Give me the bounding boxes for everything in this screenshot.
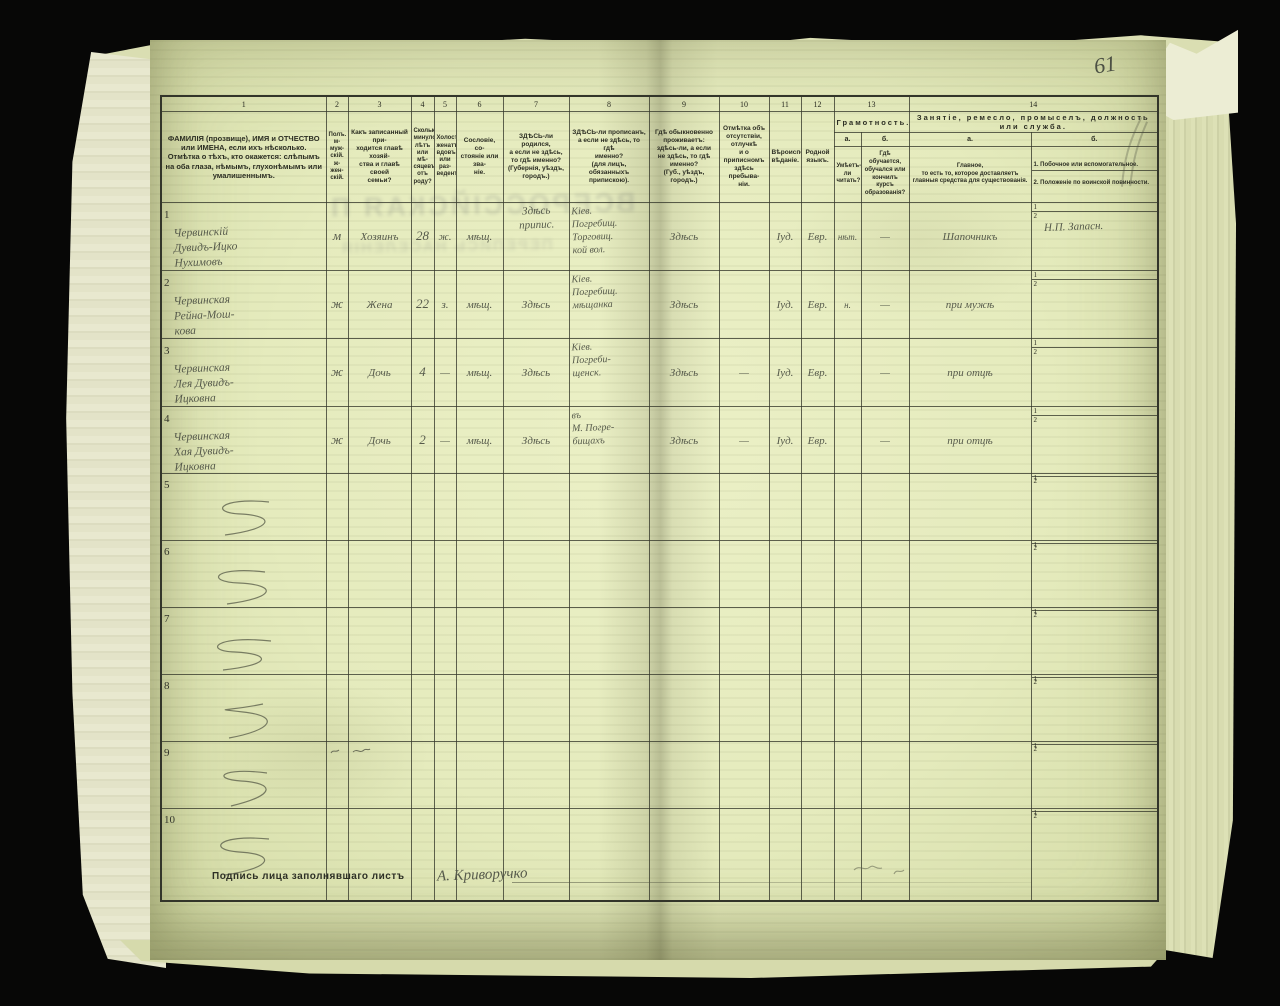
cell-empty <box>326 809 348 901</box>
table-row: 10 1 2 <box>161 809 1158 901</box>
header-literacy-reads: Умѣетъ- ли читать? <box>834 147 861 203</box>
cell-absence: — <box>719 338 769 406</box>
cell-empty <box>769 742 801 809</box>
cell-religion: Іуд. <box>769 203 801 271</box>
cell-occupation-side: 1 2 <box>1031 675 1158 742</box>
cell-occupation-side: 1 2 <box>1031 809 1158 901</box>
cell-empty <box>719 809 769 901</box>
col-num: 9 <box>649 96 719 112</box>
table-row: 1Червинскій Дувидъ-Ицко Нухимовъ м Хозяи… <box>161 203 1158 271</box>
col-num: 10 <box>719 96 769 112</box>
cell-empty <box>909 474 1031 541</box>
ink-scribble-bottom <box>850 858 930 880</box>
cell-empty <box>411 474 434 541</box>
side-occupation-1: 1 <box>1032 407 1158 416</box>
cell-empty <box>434 541 456 608</box>
signature-label: Подпись лица заполнявшаго листъ <box>212 871 405 882</box>
cell-stray-mark <box>348 742 411 809</box>
cell-empty <box>801 541 834 608</box>
cell-language: Евр. <box>801 406 834 474</box>
signature-row: Подпись лица заполнявшаго листъ А. Криво… <box>212 866 1112 886</box>
cell-marital: — <box>434 338 456 406</box>
cell-empty <box>348 608 411 675</box>
cell-absence <box>719 203 769 271</box>
cell-residence: Здѣсь <box>649 338 719 406</box>
col-num: 8 <box>569 96 649 112</box>
cell-occupation-main: при отцѣ <box>909 338 1031 406</box>
cell-occupation-side: 1 2 <box>1031 474 1158 541</box>
cell-relation: Дочь <box>348 406 411 474</box>
side-occupation-2: 2 <box>1032 544 1158 546</box>
cell-name: 7 <box>161 608 326 675</box>
cell-empty <box>326 608 348 675</box>
cell-empty <box>569 474 649 541</box>
cell-occupation-main: Шапочникъ <box>909 203 1031 271</box>
cell-religion: Іуд. <box>769 270 801 338</box>
cell-absence: — <box>719 406 769 474</box>
cell-stray-mark <box>326 742 348 809</box>
cell-empty <box>801 675 834 742</box>
cell-language: Евр. <box>801 338 834 406</box>
cell-occupation-side: 1 2 <box>1031 742 1158 809</box>
col-num: 13 <box>834 96 909 112</box>
cell-empty <box>348 809 411 901</box>
cell-residence: Здѣсь <box>649 203 719 271</box>
cell-empty <box>649 608 719 675</box>
cell-empty <box>909 742 1031 809</box>
side-occupation-2: 2 <box>1032 812 1158 814</box>
cell-empty <box>411 675 434 742</box>
row-number: 1 <box>164 209 170 221</box>
header-absence: Отмѣтка объ отсутствіи, отлучкѣ и о прип… <box>719 112 769 203</box>
side-occupation-2: 2Н.П. Запасн. <box>1032 212 1158 234</box>
cell-empty <box>569 742 649 809</box>
cell-registered: Кіев. Погребищ. мѣщанка <box>569 270 649 338</box>
cell-empty <box>569 608 649 675</box>
header-literacy-school: Гдѣ обучается, обучался или кончилъ курс… <box>861 147 909 203</box>
cell-reads: н. <box>834 270 861 338</box>
table-row: 3Червинская Лея Дувидъ- Ицковна ж Дочь 4… <box>161 338 1158 406</box>
cell-empty <box>434 675 456 742</box>
cell-empty <box>503 541 569 608</box>
cell-empty <box>861 608 909 675</box>
cell-reads <box>834 338 861 406</box>
cell-empty <box>569 541 649 608</box>
cell-sex: ж <box>326 338 348 406</box>
cell-empty <box>326 675 348 742</box>
cell-occupation-side: 1 2 <box>1031 338 1158 406</box>
cell-empty <box>769 541 801 608</box>
cell-residence: Здѣсь <box>649 270 719 338</box>
cell-estate: мѣщ. <box>456 338 503 406</box>
cell-empty <box>861 541 909 608</box>
cell-name: 6 <box>161 541 326 608</box>
header-registered: ЗДѢСЬ-ли прописанъ, а если не здѣсь, то … <box>569 112 649 203</box>
cell-empty <box>769 809 801 901</box>
cell-school: — <box>861 406 909 474</box>
cell-empty <box>456 541 503 608</box>
header-literacy-group: Грамотность. <box>834 112 909 133</box>
cell-empty <box>861 675 909 742</box>
side-occupation-1: 1 <box>1032 203 1158 212</box>
cell-relation: Дочь <box>348 338 411 406</box>
col-num: 7 <box>503 96 569 112</box>
col-num: 3 <box>348 96 411 112</box>
cell-empty <box>801 474 834 541</box>
row-number: 3 <box>164 345 170 357</box>
header-relation: Какъ записанный при- ходится главѣ хозяй… <box>348 112 411 203</box>
cell-occupation-side: 1 2 <box>1031 406 1158 474</box>
cell-empty <box>719 541 769 608</box>
cell-empty <box>909 809 1031 901</box>
cell-name: 5 <box>161 474 326 541</box>
cancellation-squiggle <box>185 765 303 807</box>
cell-empty <box>719 742 769 809</box>
cell-empty <box>456 608 503 675</box>
cell-empty <box>348 474 411 541</box>
table-row: 4Червинская Хая Дувидъ- Ицковна ж Дочь 2… <box>161 406 1158 474</box>
cell-marital: ж. <box>434 203 456 271</box>
header-sex: Полъ. м-муж- скій. ж-жен- скій. <box>326 112 348 203</box>
cell-empty <box>348 675 411 742</box>
cell-sex: ж <box>326 270 348 338</box>
cell-empty <box>411 809 434 901</box>
cell-empty <box>769 608 801 675</box>
cell-empty <box>861 809 909 901</box>
cell-empty <box>649 675 719 742</box>
cell-empty <box>348 541 411 608</box>
cell-registered: Кіев. Погребищ. Торговиц. кой вол. <box>569 203 649 271</box>
row-number: 2 <box>164 277 170 289</box>
page-number: 61 <box>1092 50 1118 79</box>
col-num: 12 <box>801 96 834 112</box>
side-occupation-2: 2 <box>1032 348 1158 356</box>
col-num: 2 <box>326 96 348 112</box>
cell-empty <box>834 742 861 809</box>
col-num: 1 <box>161 96 326 112</box>
cell-absence <box>719 270 769 338</box>
cell-name: 8 <box>161 675 326 742</box>
row-number: 4 <box>164 413 170 425</box>
table-row: 7 1 2 <box>161 608 1158 675</box>
cell-empty <box>861 742 909 809</box>
cell-empty <box>569 675 649 742</box>
cell-empty <box>411 742 434 809</box>
cell-language: Евр. <box>801 270 834 338</box>
handwritten-name: Червинская Рейна-Мош- кова <box>173 289 324 338</box>
header-estate: Сословіе, со- стояніе или зва- ніе. <box>456 112 503 203</box>
cell-empty <box>649 474 719 541</box>
cell-reads <box>834 406 861 474</box>
cell-empty <box>411 541 434 608</box>
table-row: 9 1 2 <box>161 742 1158 809</box>
cell-school: — <box>861 270 909 338</box>
signature-line <box>512 882 1032 883</box>
handwritten-name: Червинская Хая Дувидъ- Ицковна <box>173 425 324 474</box>
cell-empty <box>434 742 456 809</box>
cell-sex: м <box>326 203 348 271</box>
ink-stray-mark <box>329 746 341 756</box>
header-born: ЗДѢСЬ-ли родился, а если не здѣсь, то гд… <box>503 112 569 203</box>
header-language: Родной языкъ. <box>801 112 834 203</box>
cell-empty <box>649 541 719 608</box>
cell-empty <box>769 474 801 541</box>
cell-school: — <box>861 203 909 271</box>
cell-empty <box>719 608 769 675</box>
side-occupation-2: 2 <box>1032 611 1158 613</box>
cancellation-squiggle <box>185 564 303 606</box>
cell-name: 1Червинскій Дувидъ-Ицко Нухимовъ <box>161 203 326 271</box>
cell-empty <box>503 675 569 742</box>
sub-label-a: а. <box>834 133 861 147</box>
cell-empty <box>411 608 434 675</box>
cell-residence: Здѣсь <box>649 406 719 474</box>
cell-language: Евр. <box>801 203 834 271</box>
header-religion: Вѣроиспо- вѣданіе. <box>769 112 801 203</box>
ink-stray-mark <box>351 746 371 756</box>
side-occupation-1: 1 <box>1032 271 1158 280</box>
cell-sex: ж <box>326 406 348 474</box>
side-occupation-1: 1 <box>1032 339 1158 348</box>
cell-empty <box>326 474 348 541</box>
cell-empty <box>834 541 861 608</box>
cell-empty <box>456 809 503 901</box>
col-num: 4 <box>411 96 434 112</box>
cell-empty <box>834 675 861 742</box>
cancellation-squiggle <box>185 497 303 539</box>
cell-empty <box>326 541 348 608</box>
cell-born: Здѣсь припис. <box>503 203 569 271</box>
cell-occupation-side: 1 2 <box>1031 541 1158 608</box>
census-table: 1 2 3 4 5 6 7 8 9 10 11 12 13 14 ФАМИЛІЯ… <box>160 95 1159 902</box>
cell-empty <box>769 675 801 742</box>
col-num: 11 <box>769 96 801 112</box>
cell-empty <box>456 742 503 809</box>
col-num: 6 <box>456 96 503 112</box>
cell-age: 4 <box>411 338 434 406</box>
cell-empty <box>719 675 769 742</box>
side-occupation-2: 2 <box>1032 477 1158 479</box>
side-occupation-2: 2 <box>1032 678 1158 680</box>
cell-empty <box>834 474 861 541</box>
cell-registered: въ М. Погре- бищахъ <box>569 406 649 474</box>
cell-empty <box>503 809 569 901</box>
header-name: ФАМИЛІЯ (прозвище), ИМЯ и ОТЧЕСТВО или И… <box>161 112 326 203</box>
cell-empty <box>569 809 649 901</box>
cell-empty <box>649 742 719 809</box>
cell-registered: Кіев. Погреби- щенск. <box>569 338 649 406</box>
table-row: 2Червинская Рейна-Мош- кова ж Жена 22 з.… <box>161 270 1158 338</box>
table-row: 6 1 2 <box>161 541 1158 608</box>
cell-empty <box>434 474 456 541</box>
header-age: Сколько минуло лѣтъ или мѣ- сяцевъ отъ р… <box>411 112 434 203</box>
column-number-row: 1 2 3 4 5 6 7 8 9 10 11 12 13 14 <box>161 96 1158 112</box>
cancellation-squiggle <box>185 631 303 673</box>
side-occupation-2: 2 <box>1032 280 1158 288</box>
cell-empty <box>909 675 1031 742</box>
cell-empty <box>503 474 569 541</box>
census-book-photo: ВСЕРОССІЙСКАЯ П ПЕРЕПИСЬ НАСЕЛЕНІЯ 61 1 … <box>0 0 1280 1006</box>
cell-empty <box>456 675 503 742</box>
cell-born: Здѣсь <box>503 406 569 474</box>
cell-reads: нѣт. <box>834 203 861 271</box>
cell-empty <box>649 809 719 901</box>
sub-label-a: а. <box>909 133 1031 147</box>
cell-empty <box>861 474 909 541</box>
cell-estate: мѣщ. <box>456 406 503 474</box>
cell-age: 22 <box>411 270 434 338</box>
cell-empty <box>909 541 1031 608</box>
cell-age: 28 <box>411 203 434 271</box>
side-occupation-2: 2 <box>1032 745 1158 747</box>
cell-occupation-side: 1 2 <box>1031 608 1158 675</box>
header-residence: Гдѣ обыкновенно проживаетъ: здѣсь-ли, а … <box>649 112 719 203</box>
cell-name: 9 <box>161 742 326 809</box>
cell-empty <box>834 809 861 901</box>
signature-handwritten: А. Криворучко <box>437 864 528 887</box>
cell-empty <box>434 809 456 901</box>
cell-marital: з. <box>434 270 456 338</box>
side-occupation-2: 2 <box>1032 416 1158 424</box>
cell-empty <box>719 474 769 541</box>
cell-name: 4Червинская Хая Дувидъ- Ицковна <box>161 406 326 474</box>
cell-religion: Іуд. <box>769 406 801 474</box>
handwritten-name: Червинскій Дувидъ-Ицко Нухимовъ <box>173 221 324 270</box>
header-occupation-main: Главное, то есть то, которое доставляетъ… <box>909 147 1031 203</box>
page-edges-right <box>1158 40 1236 958</box>
cell-occupation-side: 1 2Н.П. Запасн. <box>1031 203 1158 271</box>
census-form-page: ВСЕРОССІЙСКАЯ П ПЕРЕПИСЬ НАСЕЛЕНІЯ 61 1 … <box>150 40 1166 960</box>
cell-born: Здѣсь <box>503 270 569 338</box>
cell-school: — <box>861 338 909 406</box>
header-row: ФАМИЛІЯ (прозвище), ИМЯ и ОТЧЕСТВО или И… <box>161 112 1158 133</box>
col-num: 14 <box>909 96 1158 112</box>
handwritten-name: Червинская Лея Дувидъ- Ицковна <box>173 357 324 406</box>
cell-religion: Іуд. <box>769 338 801 406</box>
cell-occupation-main: при мужѣ <box>909 270 1031 338</box>
cell-empty <box>503 608 569 675</box>
cell-empty <box>434 608 456 675</box>
cell-empty <box>909 608 1031 675</box>
cell-name: 10 <box>161 809 326 901</box>
cell-name: 3Червинская Лея Дувидъ- Ицковна <box>161 338 326 406</box>
cell-empty <box>801 608 834 675</box>
cell-relation: Хозяинъ <box>348 203 411 271</box>
sub-label-b: б. <box>861 133 909 147</box>
cell-empty <box>834 608 861 675</box>
cell-born: Здѣсь <box>503 338 569 406</box>
cell-empty <box>456 474 503 541</box>
cell-empty <box>503 742 569 809</box>
cell-marital: — <box>434 406 456 474</box>
cancellation-squiggle <box>185 698 303 740</box>
cell-name: 2Червинская Рейна-Мош- кова <box>161 270 326 338</box>
cell-empty <box>801 742 834 809</box>
table-row: 5 1 2 <box>161 474 1158 541</box>
header-marital: Холостъ, женатъ, вдовъ или раз- веденъ. <box>434 112 456 203</box>
cell-relation: Жена <box>348 270 411 338</box>
cell-empty <box>801 809 834 901</box>
cell-occupation-side: 1 2 <box>1031 270 1158 338</box>
table-row: 8 1 2 <box>161 675 1158 742</box>
cell-age: 2 <box>411 406 434 474</box>
col-num: 5 <box>434 96 456 112</box>
cell-estate: мѣщ. <box>456 203 503 271</box>
cell-estate: мѣщ. <box>456 270 503 338</box>
cell-occupation-main: при отцѣ <box>909 406 1031 474</box>
